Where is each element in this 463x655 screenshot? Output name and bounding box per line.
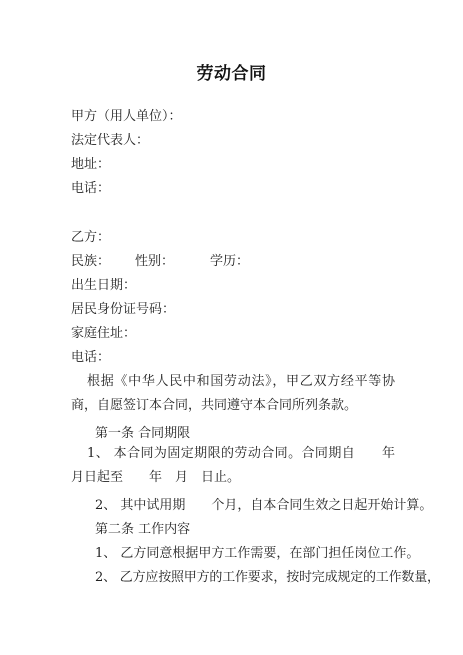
party-a-name-label: 甲方（用人单位）：	[71, 109, 182, 125]
party-b-name-label: 乙方：	[71, 230, 110, 246]
article-2-heading: 第二条 工作内容	[95, 522, 190, 538]
article-1-clause-1: 1、 本合同为固定期限的劳动合同。合同期自 年 月日起至 年 月 日止。	[71, 442, 395, 490]
document-title: 劳动合同	[0, 59, 463, 84]
party-a-legal-rep-label: 法定代表人：	[71, 133, 149, 149]
party-a-phone-label: 电话：	[71, 181, 110, 197]
article-2-clause-1: 1、 乙方同意根据甲方工作需要，在部门担任岗位工作。	[95, 546, 419, 562]
party-b-gender-label: 性别：	[135, 254, 210, 270]
article-2-clause-2: 2、 乙方应按照甲方的工作要求，按时完成规定的工作数量，	[95, 570, 440, 586]
party-b-education-label: 学历：	[210, 254, 249, 270]
party-b-birth-date-label: 出生日期：	[71, 278, 136, 294]
party-b-demographics-row: 民族：性别：学历：	[71, 254, 249, 270]
party-a-address-label: 地址：	[71, 157, 110, 173]
article-1-clause-2: 2、 其中试用期 个月，自本合同生效之日起开始计算。	[95, 498, 432, 514]
article-1-heading: 第一条 合同期限	[95, 426, 190, 442]
party-b-id-number-label: 居民身份证号码：	[71, 302, 175, 318]
party-b-phone-label: 电话：	[71, 350, 110, 366]
party-b-ethnicity-label: 民族：	[71, 254, 135, 270]
preamble-paragraph: 根据《中华人民中和国劳动法》，甲乙双方经平等协商，自愿签订本合同，共同遵守本合同…	[71, 370, 395, 418]
party-b-home-address-label: 家庭住址：	[71, 326, 136, 342]
